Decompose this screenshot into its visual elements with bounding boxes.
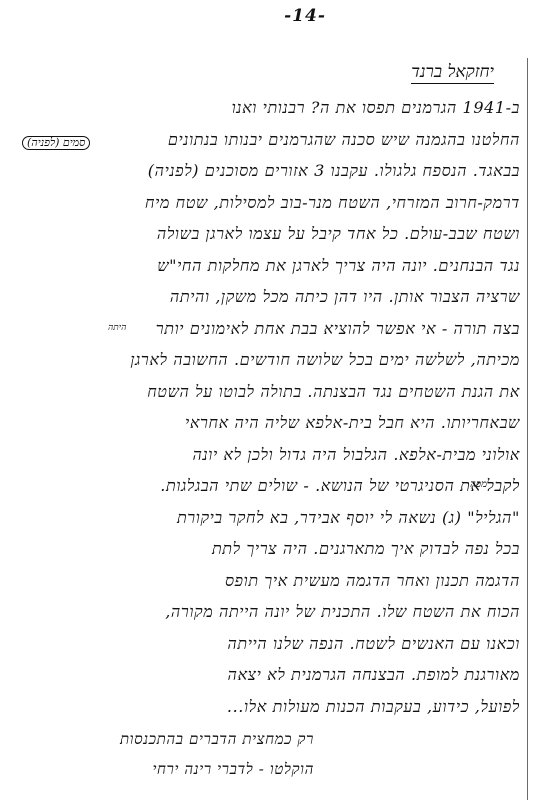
body-line: בצה תורה - אי אפשר להוציא בבת אחת לאימונ…: [30, 313, 520, 345]
document-heading: יחזקאל ברנד: [411, 62, 494, 84]
body-line: "הגליל" (ג) נשאה לי יוסף אבידר, בא לחקר …: [30, 502, 520, 534]
body-line: החלטנו בהגמנה שיש סכנה שהגרמנים יבנותו ב…: [30, 124, 520, 156]
body-line: בכל נפה לבדוק איך מתארגנים. היה צריך לתת: [30, 533, 520, 565]
body-line: ושטח שבב-עולם. כל אחד קיבל על עצמו לארגן…: [30, 218, 520, 250]
margin-annotation-mape: מפה: [470, 480, 487, 490]
body-line: הדגמה תכנון ואחר הדגמה מעשית איך תופס: [30, 565, 520, 597]
body-line: לקבל את הסניגרטי של הנושא. - שולים שתי ה…: [30, 470, 520, 502]
body-line: הכוח את השטח שלו. התכנית של יונה הייתה מ…: [30, 596, 520, 628]
footer-line: הוקלטו - לדברי רינה ירחי: [120, 754, 314, 784]
footer-note: רק כמחצית הדברים בהתכנסות הוקלטו - לדברי…: [120, 724, 314, 784]
body-line: שבאחריותו. היא חבל בית-אלפא שליה היה אחר…: [30, 407, 520, 439]
body-line: את הגנת השטחים נגד הבצנתה. בתולה לבוטו ע…: [30, 376, 520, 408]
body-line: וכאנו עם האנשים לשטח. הנפה שלנו הייתה: [30, 628, 520, 660]
body-line: שרציה הצבור אותן. היו דהן כיתה מכל משקן,…: [30, 281, 520, 313]
body-line: ב-1941 הגרמנים תפסו את ה? רבנותי ואנו: [30, 92, 520, 124]
body-line: בבאגד. הנספח גלגולו. עקבנו 3 אזורים מסוכ…: [30, 155, 520, 187]
handwritten-body: ב-1941 הגרמנים תפסו את ה? רבנותי ואנו הח…: [30, 92, 520, 722]
body-line: מכיתה, לשלשה ימים בכל שלושה חודשים. החשו…: [30, 344, 520, 376]
scanned-document-page: -14- יחזקאל ברנד ב-1941 הגרמנים תפסו את …: [0, 0, 540, 800]
body-line: דרמק-חרוב המזרחי, השטח מנר-בוב למסילות, …: [30, 187, 520, 219]
body-line: לפועל, כידוע, בעקבות הכנות מעולות אלו...: [30, 691, 520, 723]
margin-annotation-samim: סמים (לפניה): [22, 136, 90, 150]
body-line: אולוני מבית-אלפא. הגלבול היה גדול ולכן ל…: [30, 439, 520, 471]
page-number: -14-: [0, 6, 540, 26]
margin-annotation-haita: היתה: [108, 323, 126, 333]
footer-line: רק כמחצית הדברים בהתכנסות: [120, 724, 314, 754]
body-line: מאורגנת למופת. הבצנחה הגרמנית לא יצאה: [30, 659, 520, 691]
margin-rule-line: [527, 58, 528, 800]
body-line: נגד הבנחנים. יונה היה צריך לארגן את מחלק…: [30, 250, 520, 282]
